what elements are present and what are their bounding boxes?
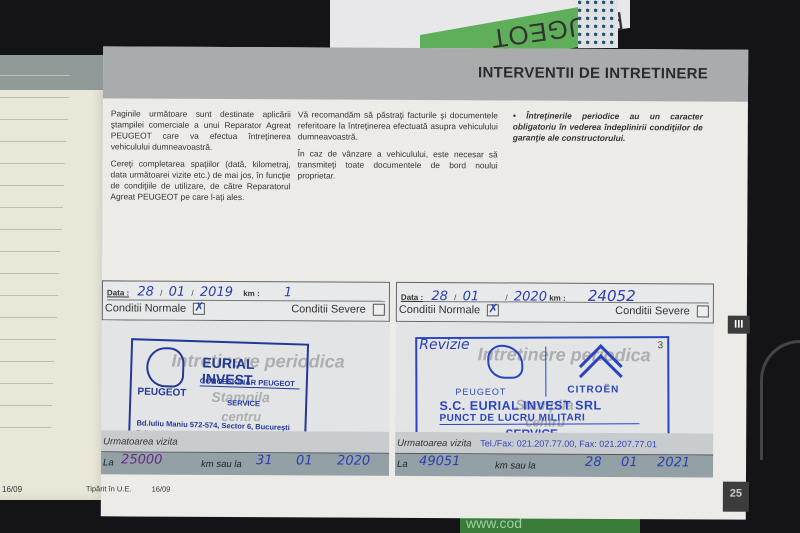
km-label: km : xyxy=(549,294,566,303)
next-km-value[interactable]: 25000 xyxy=(121,452,162,467)
date-day[interactable]: 28 xyxy=(137,284,154,299)
instructions-column-2: Vă recomandăm să păstraţi facturile şi d… xyxy=(297,109,497,188)
page-title: INTERVENTII DE INTRETINERE xyxy=(478,64,708,82)
stamp-dealer-subtitle: CONCESIONAR PEUGEOT xyxy=(200,376,300,389)
next-visit-values-row: La 25000 km sau la 31 01 2020 xyxy=(101,452,389,476)
date-row: Data : 28 / 01 / 2019 km : 1 xyxy=(107,284,385,301)
notes-ruled-line xyxy=(0,141,66,142)
instructions-paragraph: Vă recomandăm să păstraţi facturile şi d… xyxy=(298,109,498,143)
notes-ruled-line xyxy=(0,207,63,208)
maintenance-page: INTERVENTII DE INTRETINERE Paginile urmă… xyxy=(101,46,748,519)
printed-in-label: Tipărit în U.E. xyxy=(86,484,132,493)
stamp-area: Intretinere periodica Stampila centru Re… xyxy=(395,322,714,439)
notes-ruled-line xyxy=(0,163,65,164)
notes-ruled-line xyxy=(0,273,59,274)
next-date-month[interactable]: 01 xyxy=(296,453,313,468)
left-page: 16/09 xyxy=(0,55,108,500)
severe-conditions-label: Conditii Severe xyxy=(291,303,366,315)
background-car-seat xyxy=(760,340,800,460)
conditions-row: Conditii Normale Conditii Severe xyxy=(105,302,385,321)
next-visit-row: Urmatoarea vizita xyxy=(101,430,389,454)
section-marker: III xyxy=(728,316,750,334)
page-footer: Tipărit în U.E. 16/09 xyxy=(86,484,188,494)
stamp-brand-citroen: CITROËN xyxy=(567,384,619,395)
km-value[interactable]: 1 xyxy=(284,285,292,300)
stamp-service: SERVICE xyxy=(227,398,260,408)
page-header-band: INTERVENTII DE INTRETINERE xyxy=(103,46,748,101)
entry-header: Data : 28 / 01 / 2019 km : 1 Conditii No… xyxy=(102,280,390,322)
citroen-chevrons-icon xyxy=(577,344,627,378)
next-date-day[interactable]: 28 xyxy=(585,455,602,470)
instructions-paragraph: Cereţi completarea spaţiilor (dată, kilo… xyxy=(110,158,290,203)
normal-conditions-checkbox[interactable] xyxy=(487,304,499,316)
date-year[interactable]: 2019 xyxy=(200,285,233,300)
next-visit-label: Urmatoarea vizita xyxy=(397,438,472,449)
warranty-note: • Întreţinerile periodice au un caracter… xyxy=(513,110,703,150)
stamp-brand-peugeot: PEUGEOT xyxy=(455,387,506,397)
stamp-divider xyxy=(545,347,546,397)
left-page-footer-code: 16/09 xyxy=(2,485,22,494)
date-label: Data : xyxy=(401,293,423,302)
normal-conditions-label: Conditii Normale xyxy=(399,304,480,316)
date-row: Data : 28 / 01 / 2020 km : 24052 xyxy=(401,286,709,304)
date-month[interactable]: 01 xyxy=(463,289,480,304)
km-value[interactable]: 24052 xyxy=(588,287,636,305)
page-number: 25 xyxy=(723,482,749,512)
notes-ruled-line xyxy=(0,339,56,340)
notes-ruled-line xyxy=(0,317,57,318)
la-label: La xyxy=(103,457,114,468)
print-code: 16/09 xyxy=(152,485,171,494)
notes-ruled-line xyxy=(0,383,53,384)
notes-ruled-line xyxy=(0,427,51,428)
handwritten-note: Revizie xyxy=(419,337,469,353)
stamp-dealer-name: S.C. EURIAL INVEST SRL xyxy=(439,398,601,413)
km-or-label: km sau la xyxy=(201,459,242,470)
notes-ruled-line xyxy=(0,75,70,76)
entry-header: Data : 28 / 01 / 2020 km : 24052 Conditi… xyxy=(396,282,714,324)
stamp-brand: PEUGEOT xyxy=(137,386,186,399)
normal-conditions-label: Conditii Normale xyxy=(105,302,186,314)
la-label: La xyxy=(397,459,408,470)
next-km-value[interactable]: 49051 xyxy=(419,454,460,469)
instructions-paragraph: În caz de vânzare a vehiculului, este ne… xyxy=(298,148,498,182)
notes-ruled-line xyxy=(0,295,58,296)
date-year[interactable]: 2020 xyxy=(514,289,547,304)
notes-ruled-line xyxy=(0,119,68,120)
next-date-day[interactable]: 31 xyxy=(256,453,273,468)
peugeot-lion-icon xyxy=(146,347,185,388)
stamp-number: 3 xyxy=(658,340,664,351)
notes-ruled-line xyxy=(0,251,60,252)
conditions-row: Conditii Normale Conditii Severe xyxy=(399,304,709,324)
peugeot-lion-icon xyxy=(487,345,523,379)
notes-ruled-line xyxy=(0,361,54,362)
stamp-dealer-subtitle: PUNCT DE LUCRU MILITARI xyxy=(439,412,639,425)
notes-ruled-line xyxy=(0,97,69,98)
km-label: km : xyxy=(243,289,260,298)
next-date-year[interactable]: 2020 xyxy=(337,454,370,469)
warranty-note-text: Întreţinerile periodice au un caracter o… xyxy=(513,111,703,144)
bullet-icon: • xyxy=(513,110,516,120)
severe-conditions-checkbox[interactable] xyxy=(373,304,385,316)
severe-conditions-checkbox[interactable] xyxy=(697,306,709,318)
next-visit-values-row: La 49051 km sau la 28 01 2021 xyxy=(395,454,713,478)
instructions-paragraph: Paginile următoare sunt destinate aplică… xyxy=(111,108,291,153)
instructions-column-1: Paginile următoare sunt destinate aplică… xyxy=(110,108,291,209)
next-date-year[interactable]: 2021 xyxy=(657,455,690,470)
normal-conditions-checkbox[interactable] xyxy=(193,303,205,315)
next-visit-label: Urmatoarea vizita xyxy=(103,436,178,447)
notes-ruled-line xyxy=(0,185,64,186)
next-date-month[interactable]: 01 xyxy=(621,455,638,470)
notes-ruled-line xyxy=(0,229,62,230)
date-day[interactable]: 28 xyxy=(431,289,448,304)
severe-conditions-label: Conditii Severe xyxy=(615,305,690,317)
maintenance-entry-2: Data : 28 / 01 / 2020 km : 24052 Conditi… xyxy=(395,282,714,484)
background-speckled-cover xyxy=(578,0,618,48)
left-page-header-band xyxy=(0,55,108,90)
date-label: Data : xyxy=(107,288,129,297)
stamp-area: Intretinere periodica Stampila centru PE… xyxy=(101,320,390,437)
notes-ruled-line xyxy=(0,405,52,406)
date-month[interactable]: 01 xyxy=(169,285,186,300)
km-or-label: km sau la xyxy=(495,460,536,471)
next-visit-row: Urmatoarea vizita Tel./Fax: 021.207.77.0… xyxy=(395,432,713,456)
stamp-phone: Tel./Fax: 021.207.77.00, Fax: 021.207.77… xyxy=(480,438,657,449)
maintenance-entry-1: Data : 28 / 01 / 2019 km : 1 Conditii No… xyxy=(101,280,390,482)
